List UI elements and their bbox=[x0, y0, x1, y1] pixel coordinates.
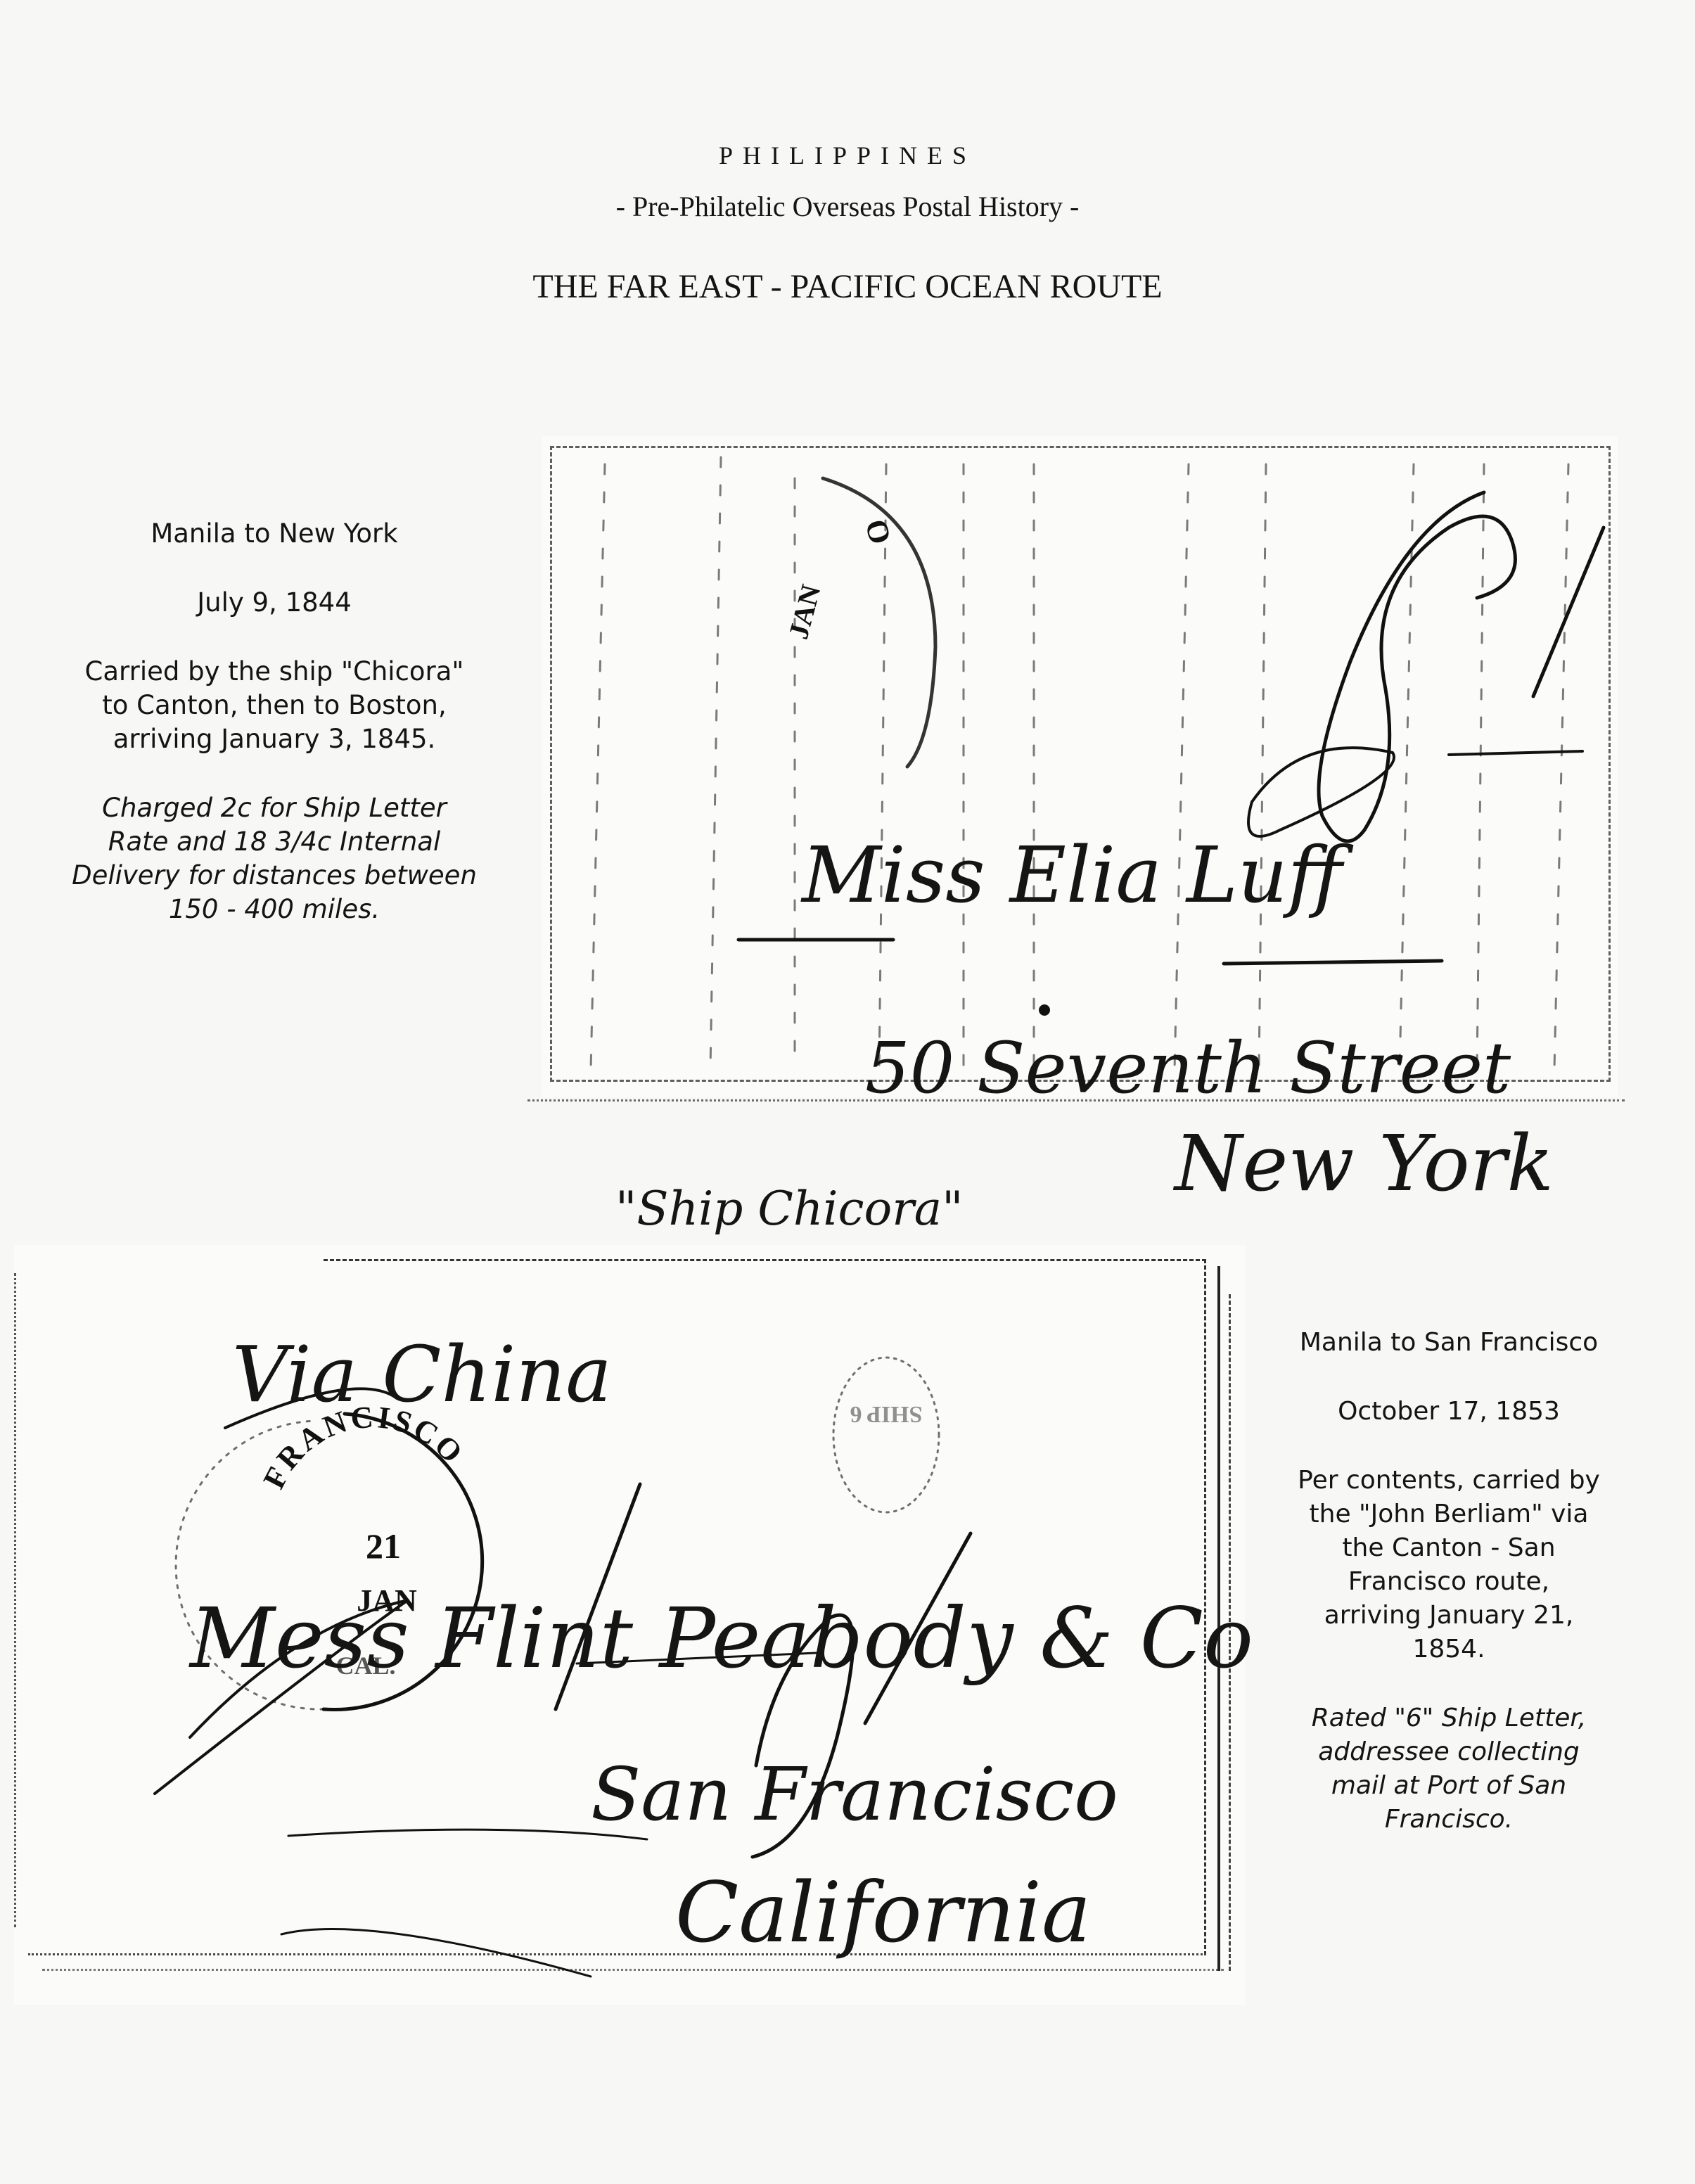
item-2-rate-line: Francisco. bbox=[1252, 1803, 1646, 1837]
cover-2-origin-endorsement: Via China bbox=[232, 1329, 612, 1419]
item-2-carriage-line: arriving January 21, bbox=[1252, 1599, 1646, 1633]
item-1-route: Manila to New York bbox=[21, 517, 527, 551]
item-2-carriage-line: the Canton - San bbox=[1252, 1531, 1646, 1565]
cover-1-addressee: Miss Elia Luff bbox=[802, 830, 1343, 920]
cover-1-city: New York bbox=[1175, 1118, 1554, 1208]
page-title: THE FAR EAST - PACIFIC OCEAN ROUTE bbox=[0, 267, 1695, 306]
item-2-carriage-line: the "John Berliam" via bbox=[1252, 1497, 1646, 1531]
item-2-rate-line: Rated "6" Ship Letter, bbox=[1252, 1701, 1646, 1735]
item-2-carriage-line: 1854. bbox=[1252, 1633, 1646, 1666]
item-1-carriage-line: Carried by the ship "Chicora" bbox=[21, 655, 527, 689]
cover-2-city: San Francisco bbox=[591, 1751, 1118, 1837]
cover-2-state: California bbox=[675, 1864, 1091, 1961]
item-1-description: Manila to New York July 9, 1844 Carried … bbox=[21, 517, 527, 926]
cover-1-street: 50 Seventh Street bbox=[865, 1027, 1511, 1109]
cover-1-ship-endorsement: "Ship Chicora" bbox=[615, 1182, 963, 1236]
cover-2-image: FRANCISCO 21 JAN CAL. SHIP 6 Via China M… bbox=[14, 1245, 1245, 2005]
cover-2-ship-marking: SHIP 6 bbox=[850, 1401, 923, 1427]
exhibit-country-heading: PHILIPPINES bbox=[0, 141, 1695, 170]
item-2-rate-line: addressee collecting bbox=[1252, 1735, 1646, 1769]
item-1-carriage-line: arriving January 3, 1845. bbox=[21, 722, 527, 756]
cover-1-image: O JAN Miss Elia Luff 50 Seventh Street N… bbox=[542, 436, 1618, 1097]
item-1-rate-line: Rate and 18 3/4c Internal bbox=[21, 825, 527, 859]
exhibit-subtitle: - Pre-Philatelic Overseas Postal History… bbox=[0, 190, 1695, 223]
item-2-route: Manila to San Francisco bbox=[1252, 1326, 1646, 1360]
item-1-rate-line: Charged 2c for Ship Letter bbox=[21, 791, 527, 825]
item-2-carriage-line: Per contents, carried by bbox=[1252, 1464, 1646, 1497]
cover-1-postmark-letter: O bbox=[859, 516, 898, 548]
item-1-date: July 9, 1844 bbox=[21, 586, 527, 620]
item-2-date: October 17, 1853 bbox=[1252, 1395, 1646, 1429]
item-1-rate-line: Delivery for distances between bbox=[21, 859, 527, 893]
cover-1-postmark-month: JAN bbox=[782, 581, 827, 642]
cover-1-ink-marks: O JAN bbox=[542, 436, 1618, 1097]
item-1-rate-line: 150 - 400 miles. bbox=[21, 893, 527, 926]
item-2-description: Manila to San Francisco October 17, 1853… bbox=[1252, 1326, 1646, 1837]
cover-2-addressee: Mess Flint Peabody & Co bbox=[190, 1590, 1253, 1687]
item-1-carriage-line: to Canton, then to Boston, bbox=[21, 689, 527, 722]
cover-2-postmark-day: 21 bbox=[366, 1526, 401, 1566]
item-2-carriage-line: Francisco route, bbox=[1252, 1565, 1646, 1599]
item-2-rate-line: mail at Port of San bbox=[1252, 1769, 1646, 1803]
